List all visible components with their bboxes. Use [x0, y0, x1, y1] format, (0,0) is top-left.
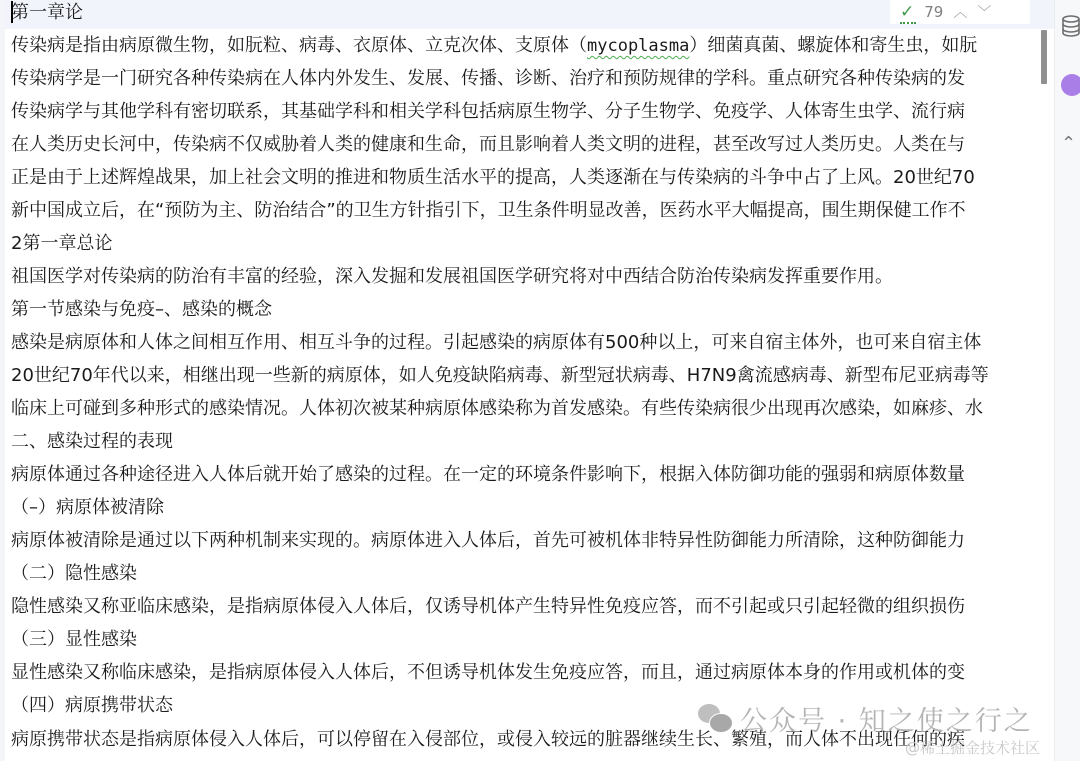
editor-line[interactable]: 传染病学是一门研究各种传染病在人体内外发生、发展、传播、诊断、治疗和预防规律的学… — [11, 62, 965, 95]
editor-line[interactable]: 在人类历史长河中，传染病不仅威胁着人类的健康和生命，而且影响着人类文明的进程，甚… — [11, 128, 965, 161]
editor-line[interactable]: （四）病原携带状态 — [11, 689, 173, 722]
line-text: ）细菌真菌、螺旋体和寄生虫，如朊 — [689, 35, 977, 56]
notifications-icon[interactable]: ⌃ — [1061, 133, 1080, 153]
editor-line[interactable]: （–）病原体被清除 — [11, 491, 164, 524]
vertical-scrollbar-thumb[interactable] — [1041, 30, 1047, 84]
text-editor[interactable]: 第一章论 传染病是指由病原微生物，如朊粒、病毒、衣原体、立克次体、支原体（myc… — [0, 0, 1055, 761]
ai-assistant-icon[interactable] — [1061, 74, 1080, 94]
editor-line[interactable]: 新中国成立后，在“预防为主、防治结合”的卫生方针指引下，卫生条件明显改善，医药水… — [11, 194, 966, 227]
editor-line[interactable]: 传染病学与其他学科有密切联系，其基础学科和相关学科包括病原生物学、分子生物学、免… — [11, 95, 965, 128]
text-caret — [11, 1, 13, 23]
editor-line[interactable]: 20世纪70年代以来，相继出现一些新的病原体，如人免疫缺陷病毒、新型冠状病毒、H… — [11, 359, 989, 392]
editor-gutter — [0, 0, 5, 761]
editor-line[interactable]: 正是由于上述辉煌战果，加上社会文明的推进和物质生活水平的提高，人类逐渐在与传染病… — [11, 161, 975, 194]
editor-line[interactable]: （三）显性感染 — [11, 623, 137, 656]
editor-line[interactable]: （二）隐性感染 — [11, 557, 137, 590]
editor-line[interactable]: 感染是病原体和人体之间相互作用、相互斗争的过程。引起感染的病原体有500种以上，… — [11, 326, 981, 359]
editor-line[interactable]: 病原体被清除是通过以下两种机制来实现的。病原体进入人体后，首先可被机体非特异性防… — [11, 524, 965, 557]
line-text: 第一章论 — [11, 2, 83, 23]
editor-line[interactable]: 病原携带状态是指病原体侵入人体后，可以停留在入侵部位，或侵入较远的脏器继续生长、… — [11, 723, 965, 756]
inspection-count[interactable]: 79 — [924, 3, 943, 21]
line-text: 传染病是指由病原微生物，如朊粒、病毒、衣原体、立克次体、支原体（ — [11, 35, 587, 56]
inspection-widget[interactable]: ✓ 79 ︿ ﹀ — [890, 0, 1030, 24]
editor-line[interactable]: 隐性感染又称亚临床感染，是指病原体侵入人体后，仅诱导机体产生特异性免疫应答，而不… — [11, 590, 965, 623]
spellcheck-word[interactable]: mycoplasma — [587, 36, 689, 56]
chevron-up-icon[interactable]: ︿ — [953, 2, 967, 22]
editor-line[interactable]: 第一节感染与免疫–、感染的概念 — [11, 293, 272, 326]
editor-line[interactable]: 病原体通过各种途径进入人体后就开始了感染的过程。在一定的环境条件影响下，根据入体… — [11, 458, 965, 491]
editor-line[interactable]: 2第一章总论 — [11, 227, 112, 260]
chevron-down-icon[interactable]: ﹀ — [977, 2, 991, 22]
editor-line[interactable]: 显性感染又称临床感染，是指病原体侵入人体后，不但诱导机体发生免疫应答，而且，通过… — [11, 656, 965, 689]
editor-line[interactable]: 传染病是指由病原微生物，如朊粒、病毒、衣原体、立克次体、支原体（mycoplas… — [11, 29, 977, 62]
editor-line[interactable]: 祖国医学对传染病的防治有丰富的经验，深入发掘和发展祖国医学研究将对中西结合防治传… — [11, 260, 893, 293]
right-tool-strip: ⌃ — [1054, 0, 1080, 761]
editor-line[interactable]: 二、感染过程的表现 — [11, 425, 173, 458]
check-icon: ✓ — [900, 2, 914, 22]
database-icon[interactable] — [1061, 14, 1080, 34]
editor-line[interactable]: 临床上可碰到多种形式的感染情况。人体初次被某种病原体感染称为首发感染。有些传染病… — [11, 392, 983, 425]
